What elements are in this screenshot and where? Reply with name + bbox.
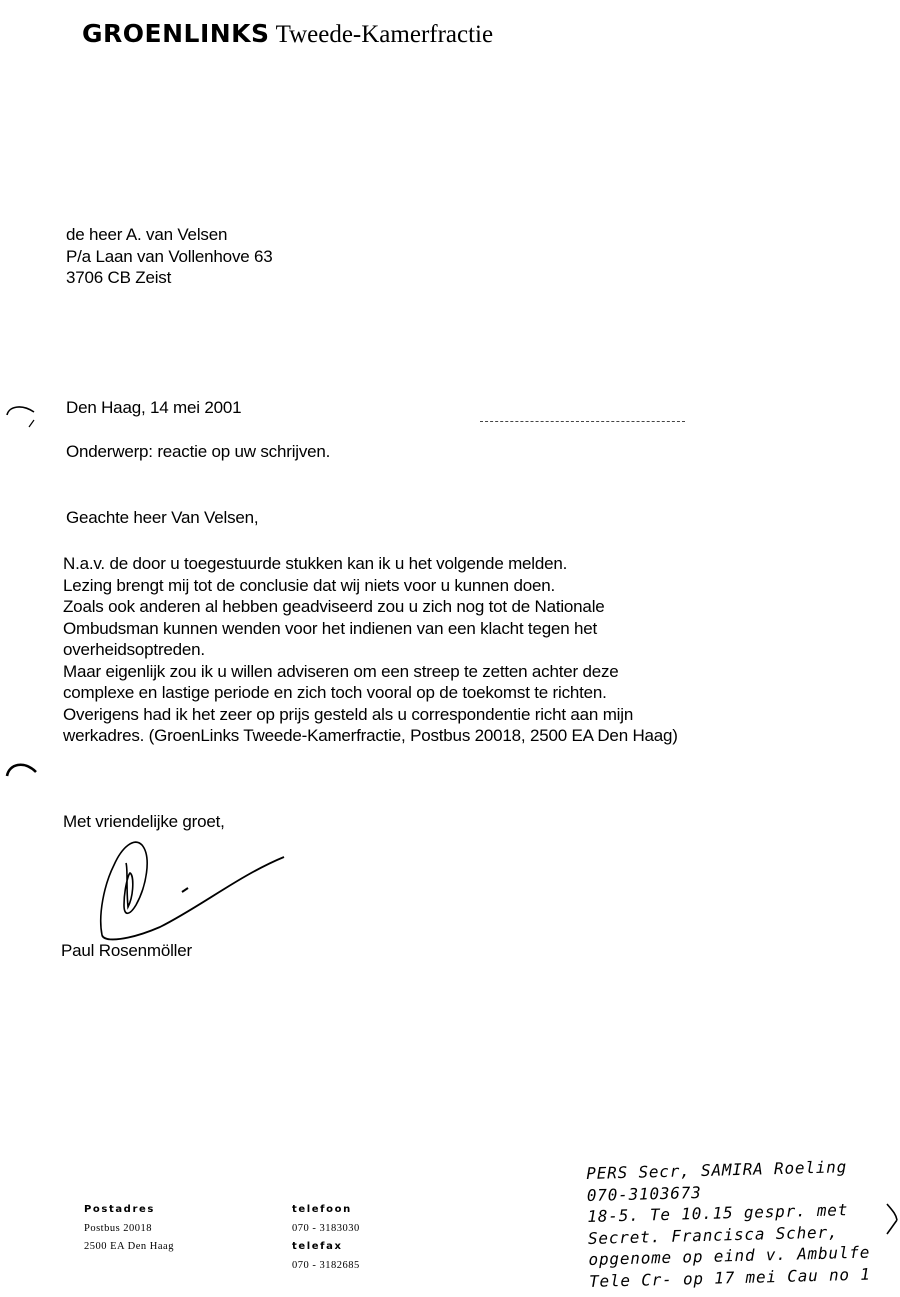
body-line: overheidsoptreden.	[63, 639, 678, 661]
salutation: Geachte heer Van Velsen,	[66, 507, 258, 529]
brand-name: GROENLINKS	[82, 19, 270, 48]
body-line: complexe en lastige periode en zich toch…	[63, 682, 678, 704]
footer-postadres: Postadres Postbus 20018 2500 EA Den Haag	[84, 1201, 174, 1257]
closing: Met vriendelijke groet,	[63, 811, 225, 833]
check-mark-icon	[884, 1200, 900, 1236]
footer-contact: telefoon 070 - 3183030 telefax 070 - 318…	[292, 1201, 360, 1275]
body-line: Maar eigenlijk zou ik u willen adviseren…	[63, 661, 678, 683]
punch-hole-mark-icon	[4, 758, 40, 784]
telefoon-value: 070 - 3183030	[292, 1220, 360, 1239]
postadres-label: Postadres	[84, 1201, 174, 1220]
recipient-address: de heer A. van Velsen P/a Laan van Volle…	[66, 224, 273, 289]
letterhead: GROENLINKSTweede-Kamerfractie	[82, 14, 493, 58]
recipient-name: de heer A. van Velsen	[66, 224, 273, 246]
letter-body: N.a.v. de door u toegestuurde stukken ka…	[63, 553, 678, 747]
scan-artifact-rule	[480, 421, 685, 423]
postadres-line: Postbus 20018	[84, 1220, 174, 1239]
brand-subtitle: Tweede-Kamerfractie	[276, 21, 494, 48]
handwritten-note: PERS Secr, SAMIRA Roeling 070-3103673 18…	[586, 1156, 871, 1292]
signer-name: Paul Rosenmöller	[61, 940, 192, 962]
recipient-city: 3706 CB Zeist	[66, 267, 273, 289]
body-line: Overigens had ik het zeer op prijs geste…	[63, 704, 678, 726]
recipient-street: P/a Laan van Vollenhove 63	[66, 246, 273, 268]
telefax-value: 070 - 3182685	[292, 1257, 360, 1276]
body-line: Ombudsman kunnen wenden voor het indiene…	[63, 618, 678, 640]
body-line: Zoals ook anderen al hebben geadviseerd …	[63, 596, 678, 618]
dateline: Den Haag, 14 mei 2001	[66, 397, 241, 419]
signature-icon	[90, 835, 290, 945]
body-line: Lezing brengt mij tot de conclusie dat w…	[63, 575, 678, 597]
telefoon-label: telefoon	[292, 1201, 360, 1220]
telefax-label: telefax	[292, 1238, 360, 1257]
subject-line: Onderwerp: reactie op uw schrijven.	[66, 441, 330, 463]
punch-hole-mark-icon	[4, 400, 38, 430]
body-line: N.a.v. de door u toegestuurde stukken ka…	[63, 553, 678, 575]
postadres-line: 2500 EA Den Haag	[84, 1238, 174, 1257]
body-line: werkadres. (GroenLinks Tweede-Kamerfract…	[63, 725, 678, 747]
